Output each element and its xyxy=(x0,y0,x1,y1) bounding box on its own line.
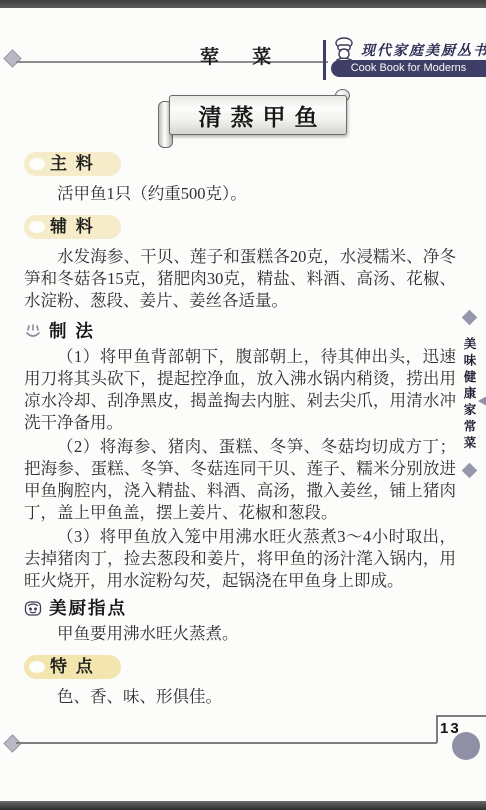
category-header: 荤 菜 xyxy=(200,42,310,69)
pill-bullet-icon xyxy=(29,158,45,170)
ornament-diamond-top-left xyxy=(3,49,21,67)
steaming-bowl-icon xyxy=(24,322,42,340)
page-number: 13 xyxy=(440,720,461,737)
method-step-1: （1）将甲鱼背部朝下，腹部朝上，待其伸出头，迅速用刀将其头砍下，提起控净血，放入… xyxy=(24,346,456,434)
footer-rule xyxy=(16,742,437,744)
recipe-content: 主 料 活甲鱼1只（约重500克）。 辅 料 水发海参、干贝、莲子和蛋糕各20克… xyxy=(24,150,456,716)
series-title-cn: 现代家庭美厨丛书 xyxy=(361,40,486,60)
section-heading-method: 制 法 xyxy=(24,320,456,342)
recipe-title: 清蒸甲鱼 xyxy=(190,99,327,132)
pill-bullet-icon xyxy=(29,221,45,233)
scanned-cookbook-page: 荤 菜 现代家庭美厨丛书 Cook Book for Moderns 清蒸甲鱼 xyxy=(0,0,486,810)
method-step-2: （2）将海参、猪肉、蛋糕、冬笋、冬菇均切成方丁；把海参、蛋糕、冬笋、冬菇连同干贝… xyxy=(24,436,456,524)
heading-label: 美厨指点 xyxy=(49,597,127,619)
main-ingredients-text: 活甲鱼1只（约重500克）。 xyxy=(24,183,456,205)
side-column: 美味健康家常菜 xyxy=(458,312,480,476)
section-heading-features: 特 点 xyxy=(24,655,121,679)
footer-corner-topline xyxy=(436,715,486,717)
ornament-diamond-bottom-left xyxy=(3,734,21,752)
series-brand: 现代家庭美厨丛书 Cook Book for Moderns xyxy=(323,38,486,80)
scan-edge-top xyxy=(0,0,486,8)
ornament-diamond-side-top xyxy=(461,310,477,326)
side-series-label: 美味健康家常菜 xyxy=(460,337,478,453)
series-title-en-bar: Cook Book for Moderns xyxy=(331,60,486,77)
heading-label: 特 点 xyxy=(50,657,95,676)
section-heading-aux-ingredients: 辅 料 xyxy=(24,215,121,239)
ornament-diamond-side-bottom xyxy=(461,462,477,478)
scan-edge-bottom xyxy=(0,801,486,810)
method-step-3: （3）将甲鱼放入笼中用沸水旺火蒸煮3～4小时取出，去掉猪肉丁，捡去葱段和姜片，将… xyxy=(24,526,456,592)
side-arrow-left-icon xyxy=(478,392,486,410)
recipe-title-banner: 清蒸甲鱼 xyxy=(158,88,350,144)
section-heading-main-ingredients: 主 料 xyxy=(24,152,121,176)
chef-tips-text: 甲鱼要用沸水旺火蒸煮。 xyxy=(24,623,456,645)
series-title-en: Cook Book for Moderns xyxy=(331,60,486,77)
features-text: 色、香、味、形俱佳。 xyxy=(24,686,456,708)
section-heading-chef-tips: 美厨指点 xyxy=(24,597,456,619)
aux-ingredients-text: 水发海参、干贝、莲子和蛋糕各20克，水浸糯米、净冬笋和冬菇各15克，猪肥肉30克… xyxy=(24,246,456,312)
chef-face-icon xyxy=(24,599,42,617)
footer-corner-riser xyxy=(436,715,438,743)
brand-cap-bar xyxy=(323,40,326,80)
heading-label: 制 法 xyxy=(49,320,95,342)
pill-bullet-icon xyxy=(29,661,45,673)
recipe-title-face: 清蒸甲鱼 xyxy=(169,95,347,135)
heading-label: 辅 料 xyxy=(50,217,95,236)
heading-label: 主 料 xyxy=(50,154,95,173)
